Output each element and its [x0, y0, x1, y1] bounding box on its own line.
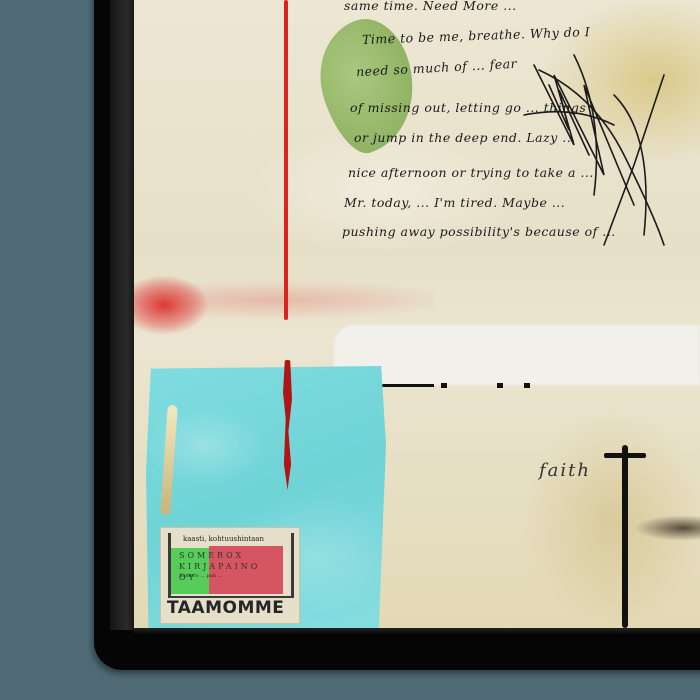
- label-firm-line: SOMEROX: [179, 550, 279, 561]
- black-dash-marks: [379, 380, 579, 392]
- label-top-text: kaasti, kohtuushintaan: [183, 535, 264, 543]
- frame-bottom-edge: [134, 628, 700, 636]
- handwriting-line: same time. Need More ...: [344, 0, 517, 13]
- red-drip-line: [284, 0, 288, 320]
- charcoal-smudge: [634, 515, 700, 541]
- painting-canvas: same time. Need More ... Time to be me, …: [134, 0, 700, 628]
- charcoal-scribble: [514, 35, 694, 255]
- cross-vertical-stroke: [622, 445, 628, 628]
- vintage-printed-label: kaasti, kohtuushintaan SOMEROX KIRJAPAIN…: [160, 527, 300, 624]
- scrawled-word: faith: [539, 460, 591, 481]
- cross-horizontal-stroke: [604, 453, 646, 458]
- label-headline: TAAMOMME: [167, 598, 284, 618]
- label-small-text: Somero ... puh ...: [179, 573, 269, 580]
